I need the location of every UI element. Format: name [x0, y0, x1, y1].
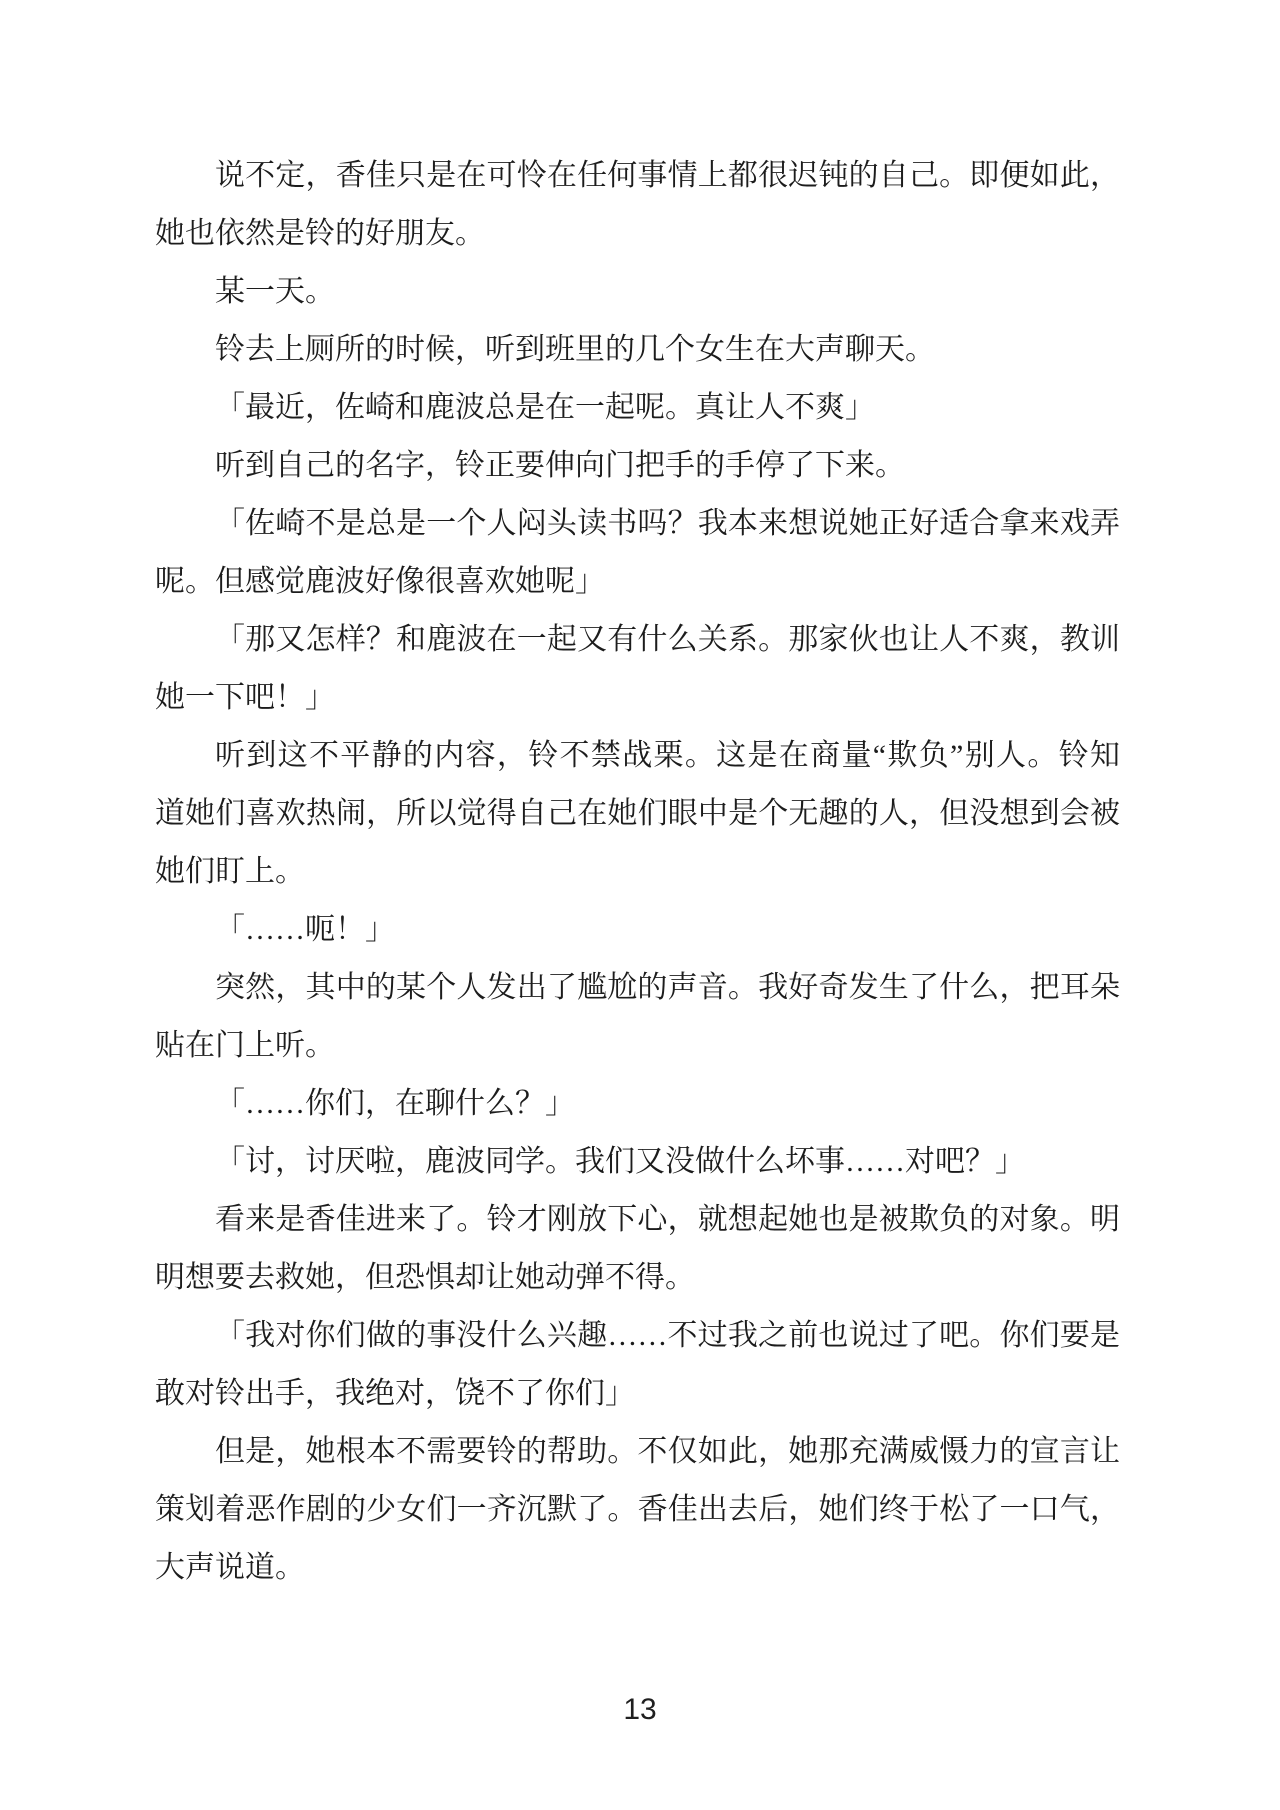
- text-line: 「那又怎样？和鹿波在一起又有什么关系。那家伙也让人不爽，教训: [155, 611, 1120, 669]
- text-line: 她也依然是铃的好朋友。: [155, 205, 1120, 263]
- paragraph: 「佐崎不是总是一个人闷头读书吗？我本来想说她正好适合拿来戏弄 呢。但感觉鹿波好像…: [155, 495, 1120, 611]
- paragraph: 「我对你们做的事没什么兴趣……不过我之前也说过了吧。你们要是 敢对铃出手，我绝对…: [155, 1307, 1120, 1423]
- text-line: 「讨，讨厌啦，鹿波同学。我们又没做什么坏事……对吧？」: [155, 1133, 1120, 1191]
- text-line: 听到自己的名字，铃正要伸向门把手的手停了下来。: [155, 437, 1120, 495]
- text-line: 「……你们，在聊什么？」: [155, 1075, 1120, 1133]
- text-line: 明想要去救她，但恐惧却让她动弹不得。: [155, 1249, 1120, 1307]
- paragraph: 说不定，香佳只是在可怜在任何事情上都很迟钝的自己。即便如此， 她也依然是铃的好朋…: [155, 147, 1120, 263]
- text-line: 「我对你们做的事没什么兴趣……不过我之前也说过了吧。你们要是: [155, 1307, 1120, 1365]
- text-line: 突然，其中的某个人发出了尴尬的声音。我好奇发生了什么，把耳朵: [155, 959, 1120, 1017]
- text-line: 策划着恶作剧的少女们一齐沉默了。香佳出去后，她们终于松了一口气，: [155, 1481, 1120, 1539]
- paragraph: 看来是香佳进来了。铃才刚放下心，就想起她也是被欺负的对象。明 明想要去救她，但恐…: [155, 1191, 1120, 1307]
- text-line: 呢。但感觉鹿波好像很喜欢她呢」: [155, 553, 1120, 611]
- paragraph: 突然，其中的某个人发出了尴尬的声音。我好奇发生了什么，把耳朵 贴在门上听。: [155, 959, 1120, 1075]
- text-line: 「佐崎不是总是一个人闷头读书吗？我本来想说她正好适合拿来戏弄: [155, 495, 1120, 553]
- paragraph: 「那又怎样？和鹿波在一起又有什么关系。那家伙也让人不爽，教训 她一下吧！」: [155, 611, 1120, 727]
- page-number: 13: [0, 1692, 1280, 1728]
- paragraph: 「……呃！」: [155, 901, 1120, 959]
- paragraph: 某一天。: [155, 263, 1120, 321]
- text-line: 铃去上厕所的时候，听到班里的几个女生在大声聊天。: [155, 321, 1120, 379]
- paragraph: 「……你们，在聊什么？」: [155, 1075, 1120, 1133]
- text-line: 她们盯上。: [155, 843, 1120, 901]
- text-line: 大声说道。: [155, 1539, 1120, 1597]
- paragraph: 但是，她根本不需要铃的帮助。不仅如此，她那充满威慑力的宣言让 策划着恶作剧的少女…: [155, 1423, 1120, 1597]
- text-line: 她一下吧！」: [155, 669, 1120, 727]
- paragraph: 听到自己的名字，铃正要伸向门把手的手停了下来。: [155, 437, 1120, 495]
- text-line: 敢对铃出手，我绝对，饶不了你们」: [155, 1365, 1120, 1423]
- text-line: 说不定，香佳只是在可怜在任何事情上都很迟钝的自己。即便如此，: [155, 147, 1120, 205]
- text-line: 但是，她根本不需要铃的帮助。不仅如此，她那充满威慑力的宣言让: [155, 1423, 1120, 1481]
- text-line: 「……呃！」: [155, 901, 1120, 959]
- text-line: 某一天。: [155, 263, 1120, 321]
- document-page: 说不定，香佳只是在可怜在任何事情上都很迟钝的自己。即便如此， 她也依然是铃的好朋…: [0, 0, 1280, 1810]
- text-line: 看来是香佳进来了。铃才刚放下心，就想起她也是被欺负的对象。明: [155, 1191, 1120, 1249]
- paragraph: 「最近，佐崎和鹿波总是在一起呢。真让人不爽」: [155, 379, 1120, 437]
- text-line: 贴在门上听。: [155, 1017, 1120, 1075]
- text-line: 「最近，佐崎和鹿波总是在一起呢。真让人不爽」: [155, 379, 1120, 437]
- paragraph: 听到这不平静的内容，铃不禁战栗。这是在商量“欺负”别人。铃知 道她们喜欢热闹，所…: [155, 727, 1120, 901]
- paragraph: 铃去上厕所的时候，听到班里的几个女生在大声聊天。: [155, 321, 1120, 379]
- paragraph: 「讨，讨厌啦，鹿波同学。我们又没做什么坏事……对吧？」: [155, 1133, 1120, 1191]
- text-line: 听到这不平静的内容，铃不禁战栗。这是在商量“欺负”别人。铃知: [155, 727, 1120, 785]
- text-line: 道她们喜欢热闹，所以觉得自己在她们眼中是个无趣的人，但没想到会被: [155, 785, 1120, 843]
